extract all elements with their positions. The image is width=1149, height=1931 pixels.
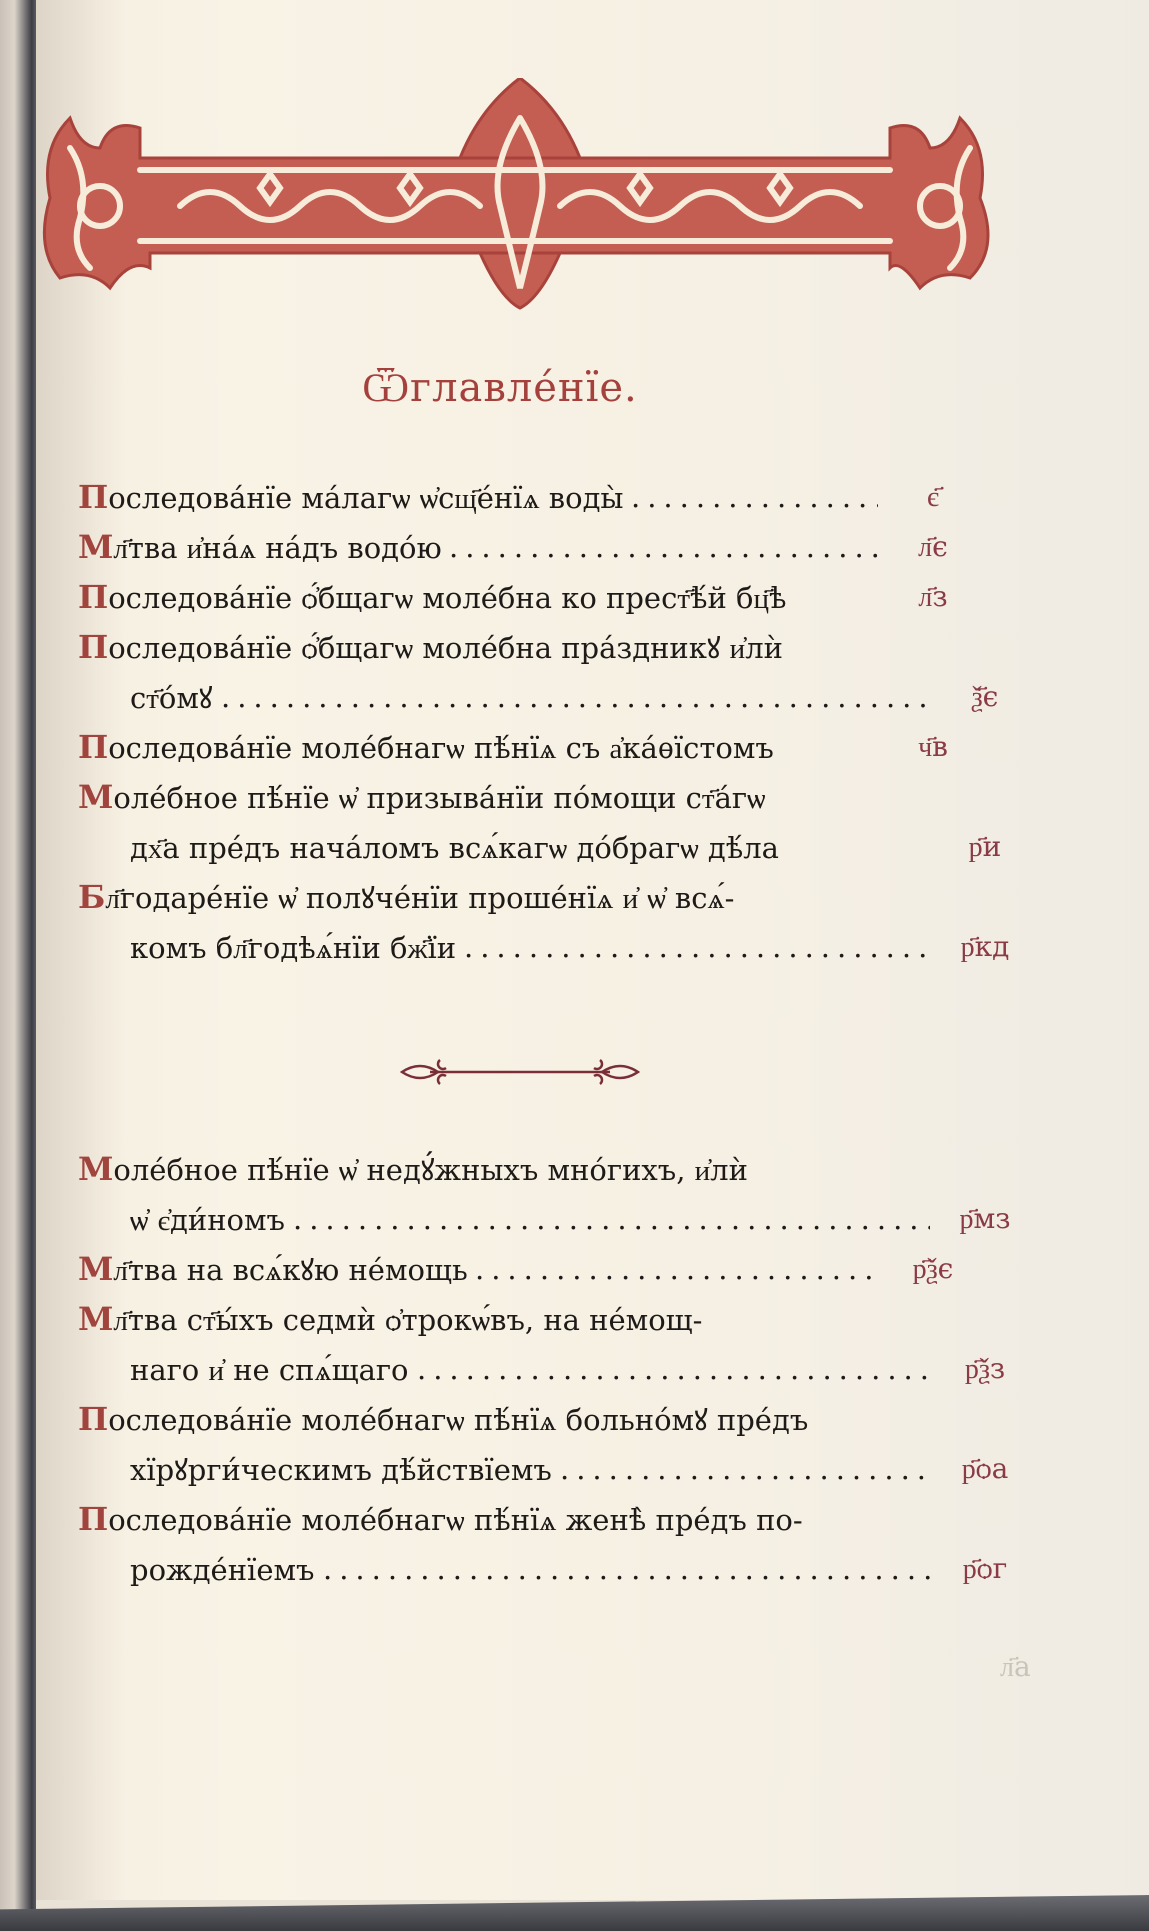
toc-entry-title: хїрꙋрги́ческимъ дѣ́йствїемъ [130, 1445, 552, 1495]
page-number: р҃кд [950, 922, 1020, 972]
dot-leader: ........................................… [631, 472, 878, 522]
toc-entry[interactable]: ѡ҆ є҆ди́номъ............................… [78, 1194, 1020, 1244]
rubric-initial: М [78, 778, 113, 816]
toc-entry[interactable]: дх҃а пре́дъ нача́ломъ всѧ́кагѡ до́брагѡ … [78, 822, 1020, 872]
toc-entry-title: оследова́нїе моле́бнагѡ пѣ́нїѧ больно́мꙋ… [108, 1395, 808, 1445]
toc-entry[interactable]: Последова́нїе ма́лагѡ ѡ҆сщ҃е́нїѧ воды̀..… [78, 472, 968, 522]
page-number: є҃ [898, 472, 968, 522]
dot-leader: ........................................… [560, 1444, 930, 1494]
page-number: л҃з [898, 572, 968, 622]
page-number: р҃и [950, 822, 1020, 872]
toc-entry[interactable]: Мл҃тва ст҃ы́хъ седмѝ ѻ҆трокѡ́въ, на не́м… [78, 1294, 968, 1344]
toc-entry[interactable]: Моле́бное пѣ́нїе ѡ҆ призыва́нїи по́мощи … [78, 772, 968, 822]
book-bottom-edge [0, 1895, 1149, 1931]
rubric-initial: Б [78, 878, 105, 916]
rubric-initial: М [78, 528, 113, 566]
page-number: л҃є [898, 522, 968, 572]
toc-entry[interactable]: хїрꙋрги́ческимъ дѣ́йствїемъ.............… [78, 1444, 1020, 1494]
rubric-initial: М [78, 1250, 113, 1288]
page-number: р҃ѯє [898, 1244, 968, 1294]
toc-entry-title: ѡ҆ є҆ди́номъ [130, 1195, 285, 1245]
toc-entry-title: рожде́нїемъ [130, 1545, 315, 1595]
dot-leader: ........................................… [417, 1344, 930, 1394]
page-title: Ѿглавле́нїе. [0, 364, 1000, 411]
toc-entry[interactable]: рожде́нїемъ.............................… [78, 1544, 1020, 1594]
toc-entry-title: л҃тва и҆на́ѧ на́дъ водо́ю [113, 523, 441, 573]
page-number: ч҃в [898, 722, 968, 772]
toc-entry-title: л҃тва ст҃ы́хъ седмѝ ѻ҆трокѡ́въ, на не́мо… [113, 1295, 702, 1345]
toc-entry[interactable]: Бл҃годаре́нїе ѡ҆ полꙋче́нїи проше́нїѧ и҆… [78, 872, 968, 922]
toc-entry[interactable]: ст҃о́мꙋ.................................… [78, 672, 1020, 722]
dot-leader: ........................................… [475, 1244, 878, 1294]
ornamental-headpiece [40, 78, 1000, 318]
toc-entry[interactable]: Мл҃тва и҆на́ѧ на́дъ водо́ю..............… [78, 522, 968, 572]
toc-entry-title: оследова́нїе ма́лагѡ ѡ҆сщ҃е́нїѧ воды̀ [108, 473, 623, 523]
book-spine-edge [0, 0, 36, 1931]
toc-entry-title: оследова́нїе ѻ҆́бщагѡ моле́бна ко прест҃… [108, 573, 786, 623]
toc-entry-title: оследова́нїе моле́бнагѡ пѣ́нїѧ женѣ̀ пре… [108, 1495, 802, 1545]
rubric-initial: П [78, 478, 108, 516]
toc-entry-title: л҃годаре́нїе ѡ҆ полꙋче́нїи проше́нїѧ и҆ … [105, 873, 734, 923]
toc-entry-title: оследова́нїе ѻ҆́бщагѡ моле́бна пра́здник… [108, 623, 783, 673]
toc-entry[interactable]: Последова́нїе ѻ҆́бщагѡ моле́бна ко прест… [78, 572, 968, 622]
rubric-initial: П [78, 578, 108, 616]
rubric-initial: М [78, 1150, 113, 1188]
toc-entry-title: ст҃о́мꙋ [130, 673, 213, 723]
toc-entry-title: дх҃а пре́дъ нача́ломъ всѧ́кагѡ до́брагѡ … [130, 823, 779, 873]
rubric-initial: П [78, 1500, 108, 1538]
dot-leader: ........................................… [449, 522, 878, 572]
dot-leader: ........................................… [221, 672, 930, 722]
dot-leader: ........................................… [293, 1194, 930, 1244]
page-number: р҃мз [950, 1194, 1020, 1244]
toc-entry-title: наго и҆ не спѧ́щаго [130, 1345, 409, 1395]
toc-entry[interactable]: Мл҃тва на всѧ́кꙋю не́мощь...............… [78, 1244, 968, 1294]
toc-entry[interactable]: наго и҆ не спѧ́щаго.....................… [78, 1344, 1020, 1394]
toc-entry[interactable]: Моле́бное пѣ́нїе ѡ҆ недꙋ́жныхъ мно́гихъ,… [78, 1144, 968, 1194]
bleed-through-text: л҃а [1000, 1650, 1031, 1684]
toc-entry-title: оле́бное пѣ́нїе ѡ҆ призыва́нїи по́мощи с… [113, 773, 765, 823]
toc-entry[interactable]: Последова́нїе моле́бнагѡ пѣ́нїѧ больно́м… [78, 1394, 968, 1444]
page-number: р҃ѻг [950, 1544, 1020, 1594]
rubric-initial: П [78, 728, 108, 766]
page-number: р҃ѻа [950, 1444, 1020, 1494]
toc-entry-title: комъ бл҃годѣѧ́нїи бж҃їи [130, 923, 456, 973]
toc-entry[interactable]: Последова́нїе ѻ҆́бщагѡ моле́бна пра́здни… [78, 622, 968, 672]
rubric-initial: П [78, 1400, 108, 1438]
toc-entry-title: л҃тва на всѧ́кꙋю не́мощь [113, 1245, 467, 1295]
page-number: ѯ҃є [950, 672, 1020, 722]
toc-entry[interactable]: комъ бл҃годѣѧ́нїи бж҃їи.................… [78, 922, 1020, 972]
ornamental-divider [400, 1052, 640, 1092]
dot-leader: ........................................… [323, 1544, 930, 1594]
toc-entry-title: оле́бное пѣ́нїе ѡ҆ недꙋ́жныхъ мно́гихъ, … [113, 1145, 748, 1195]
page-number: р҃ѯз [950, 1344, 1020, 1394]
toc-entry[interactable]: Последова́нїе моле́бнагѡ пѣ́нїѧ съ а҆ка́… [78, 722, 968, 772]
rubric-initial: П [78, 628, 108, 666]
toc-entry-title: оследова́нїе моле́бнагѡ пѣ́нїѧ съ а҆ка́ѳ… [108, 723, 774, 773]
toc-entry[interactable]: Последова́нїе моле́бнагѡ пѣ́нїѧ женѣ̀ пр… [78, 1494, 968, 1544]
dot-leader: ........................................… [464, 922, 930, 972]
rubric-initial: М [78, 1300, 113, 1338]
